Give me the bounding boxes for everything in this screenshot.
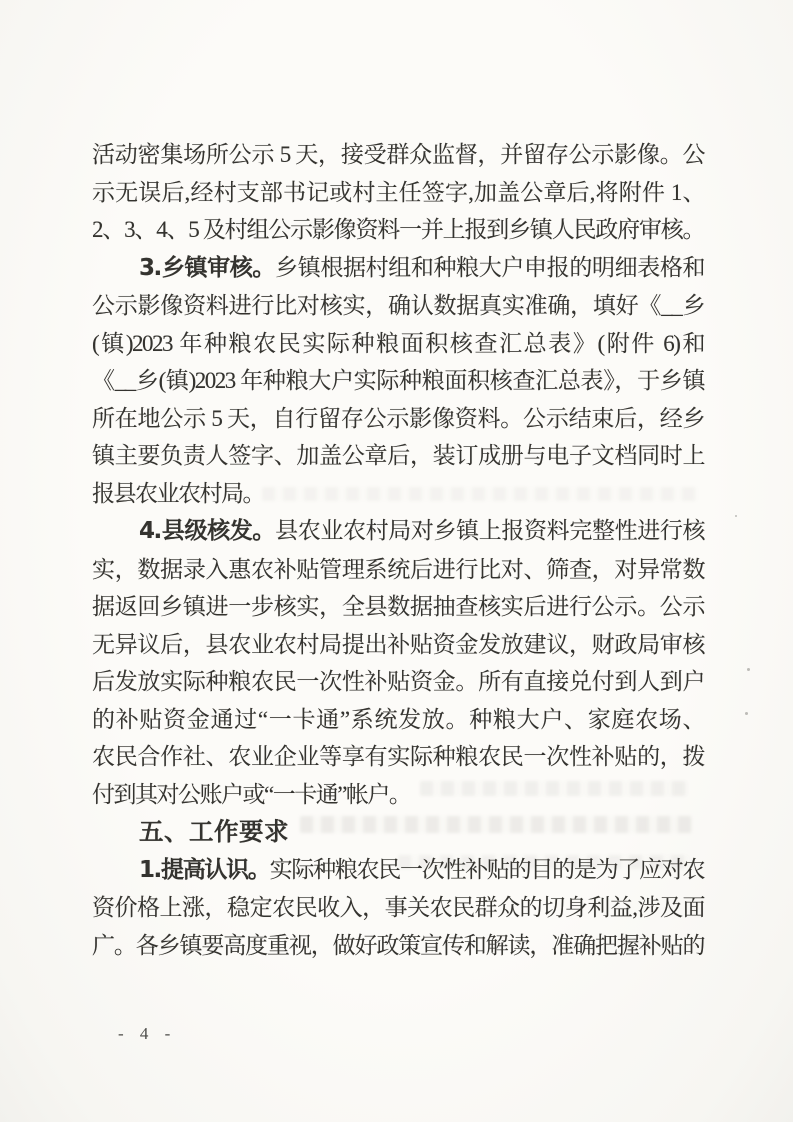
text-line: (镇)2023 年种粮农民实际种粮面积核查汇总表》(附件 6)和 [92, 325, 704, 363]
text-line: 公示影像资料进行比对核实，确认数据真实准确，填好《__乡 [92, 287, 704, 325]
text-line: 广。各乡镇要高度重视，做好政策宣传和解读，准确把握补贴的 [92, 927, 704, 965]
text-line: 活动密集场所公示 5 天，接受群众监督，并留存公示影像。公 [92, 136, 704, 174]
text-line: 镇主要负责人签字、加盖公章后，装订成册与电子文档同时上 [92, 437, 704, 475]
text-line: 示无误后,经村支部书记或村主任签字,加盖公章后,将附件 1、 [92, 174, 704, 212]
page-number: - 4 - [118, 1024, 176, 1044]
text-line: 后发放实际种粮农民一次性补贴资金。所有直接兑付到人到户 [92, 663, 704, 701]
text-line: 所在地公示 5 天，自行留存公示影像资料。公示结束后，经乡 [92, 400, 704, 438]
scan-speck [745, 712, 748, 715]
text-line: 3.乡镇审核。乡镇根据村组和种粮大户申报的明细表格和 [92, 249, 704, 288]
text-line: 无异议后，县农业农村局提出补贴资金发放建议，财政局审核 [92, 626, 704, 664]
text-line: 2、3、4、5 及村组公示影像资料一并上报到乡镇人民政府审核。 [92, 211, 704, 249]
paragraph-lead-bold: 3.乡镇审核。 [139, 255, 275, 281]
text-line: 据返回乡镇进一步核实，全县数据抽查核实后进行公示。公示 [92, 588, 704, 626]
text-line: 农民合作社、农业企业等享有实际种粮农民一次性补贴的，拨 [92, 738, 704, 776]
text-line: 的补贴资金通过“一卡通”系统发放。种粮大户、家庭农场、 [92, 701, 704, 739]
scan-speck [747, 668, 750, 671]
scanned-document-page: 活动密集场所公示 5 天，接受群众监督，并留存公示影像。公示无误后,经村支部书记… [0, 0, 793, 1122]
text-line: 付到其对公账户或“一卡通”帐户。 [92, 776, 704, 814]
text-line: 《__乡(镇)2023 年种粮大户实际种粮面积核查汇总表》，于乡镇 [92, 362, 704, 400]
section-heading: 五、工作要求 [92, 813, 704, 851]
text-line: 报县农业农村局。 [92, 475, 704, 513]
document-body: 活动密集场所公示 5 天，接受群众监督，并留存公示影像。公示无误后,经村支部书记… [92, 136, 704, 964]
text-line: 4.县级核发。县农业农村局对乡镇上报资料完整性进行核 [92, 512, 704, 551]
text-line: 资价格上涨，稳定农民收入，事关农民群众的切身利益,涉及面 [92, 889, 704, 927]
paragraph-lead-bold: 1.提高认识。 [139, 857, 270, 883]
scan-speck [735, 515, 737, 517]
text-line: 1.提高认识。实际种粮农民一次性补贴的目的是为了应对农 [92, 851, 704, 890]
paragraph-lead-bold: 4.县级核发。 [139, 518, 275, 544]
text-line: 实，数据录入惠农补贴管理系统后进行比对、筛查，对异常数 [92, 551, 704, 589]
